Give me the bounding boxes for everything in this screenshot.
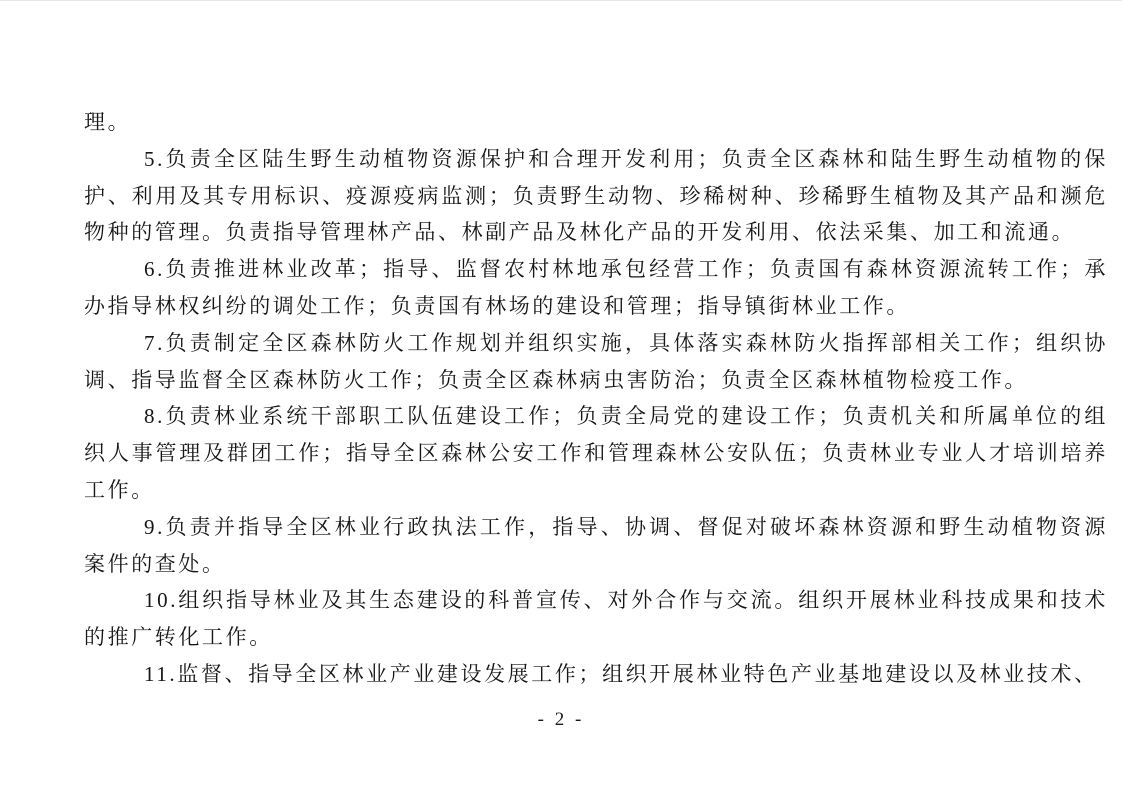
document-page: { "document": { "page_number_label": "- … xyxy=(0,0,1122,793)
paragraph-item-7: 7.负责制定全区森林防火工作规划并组织实施，具体落实森林防火指挥部相关工作；组织… xyxy=(84,325,1108,399)
paragraph-item-6: 6.负责推进林业改革；指导、监督农村林地承包经营工作；负责国有森林资源流转工作；… xyxy=(84,251,1108,325)
paragraph-item-11: 11.监督、指导全区林业产业建设发展工作；组织开展林业特色产业基地建设以及林业技… xyxy=(84,656,1108,693)
paragraph-item-5: 5.负责全区陆生野生动植物资源保护和合理开发利用；负责全区森林和陆生野生动植物的… xyxy=(84,141,1108,251)
page-number: - 2 - xyxy=(0,709,1122,731)
page-background: 理。 5.负责全区陆生野生动植物资源保护和合理开发利用；负责全区森林和陆生野生动… xyxy=(0,1,1122,793)
paragraph-item-10: 10.组织指导林业及其生态建设的科普宣传、对外合作与交流。组织开展林业科技成果和… xyxy=(84,582,1108,656)
paragraph-continuation: 理。 xyxy=(84,104,1108,141)
paragraph-item-9: 9.负责并指导全区林业行政执法工作，指导、协调、督促对破坏森林资源和野生动植物资… xyxy=(84,509,1108,583)
paragraph-item-8: 8.负责林业系统干部职工队伍建设工作；负责全局党的建设工作；负责机关和所属单位的… xyxy=(84,398,1108,508)
document-body-text: 理。 5.负责全区陆生野生动植物资源保护和合理开发利用；负责全区森林和陆生野生动… xyxy=(84,104,1108,693)
